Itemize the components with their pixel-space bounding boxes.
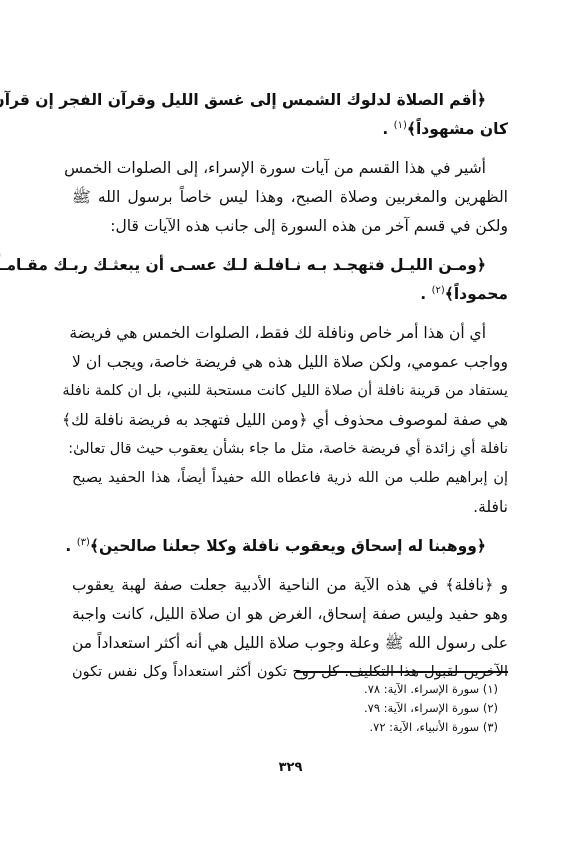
text-line: أشير في هذا القسم من آيات سورة الإسراء، …: [72, 154, 508, 183]
footnote-2: (٢) سورة الإسراء، الآية: ٧٩.: [296, 699, 508, 718]
verse-trailing: .: [65, 537, 76, 555]
text-line: أي أن هذا أمر خاص ونافلة لك فقط، الصلوات…: [72, 319, 508, 348]
text-line: هي صفة لموصوف محذوف أي ﴿ومن الليل فتهجد …: [72, 406, 508, 435]
paragraph: أشير في هذا القسم من آيات سورة الإسراء، …: [72, 154, 508, 241]
text-line: على رسول الله ﷺ وعلة وجوب صلاة الليل هي …: [72, 629, 508, 658]
text-line: نافلة.: [72, 493, 508, 522]
verse-line: ﴿ومـن الليـل فتهجـد بـه نـافلـة لـك عسـى…: [72, 251, 508, 280]
footnote-divider: [296, 671, 508, 673]
verse-line: كان مشهوداً﴾(١) .: [72, 115, 508, 144]
verse-line: ﴿أقم الصلاة لدلوك الشمس إلى غسق الليل وق…: [72, 86, 508, 115]
text-line: الظهرين والمغربين وصلاة الصبح، وهذا ليس …: [72, 183, 508, 212]
paragraph: و ﴿نافلة﴾ في هذه الآية من الناحية الأدبي…: [72, 571, 508, 687]
footnote-3: (٣) سورة الأنبياء، الآية: ٧٢.: [296, 718, 508, 737]
verse-line: محموداً﴾(٢) .: [72, 280, 508, 309]
text-line: يستفاد من قرينة نافلة أن صلاة الليل كانت…: [72, 377, 508, 406]
verse-block: ﴿ومـن الليـل فتهجـد بـه نـافلـة لـك عسـى…: [72, 251, 508, 309]
verse-line: ﴿ووهبنا له إسحاق ويعقوب نافلة وكلا جعلنا…: [72, 532, 508, 561]
text-line: نافلة أي زائدة أي فريضة خاصة، مثل ما جاء…: [72, 435, 508, 464]
verse-trailing: .: [420, 285, 431, 303]
text-line: وهو حفيد وليس صفة إسحاق، الغرض هو ان صلا…: [72, 600, 508, 629]
text-line: إن إبراهيم طلب من الله ذرية فاعطاه الله …: [72, 464, 508, 493]
verse-text: كان مشهوداً﴾: [407, 120, 508, 138]
footnote-ref[interactable]: (١): [394, 120, 407, 131]
text-line: و ﴿نافلة﴾ في هذه الآية من الناحية الأدبي…: [72, 571, 508, 600]
verse-trailing: .: [382, 120, 393, 138]
verse-block: ﴿أقم الصلاة لدلوك الشمس إلى غسق الليل وق…: [72, 86, 508, 144]
verse-text: ﴿ووهبنا له إسحاق ويعقوب نافلة وكلا جعلنا…: [90, 537, 486, 555]
text-line: ولكن في قسم آخر من هذه السورة إلى جانب ه…: [72, 212, 508, 241]
footnote-ref[interactable]: (٣): [77, 537, 90, 548]
page-number: ٣٢٩: [0, 760, 581, 775]
verse-text: محموداً﴾: [445, 285, 508, 303]
verse-block: ﴿ووهبنا له إسحاق ويعقوب نافلة وكلا جعلنا…: [72, 532, 508, 561]
footnote-1: (١) سورة الإسراء. الآية: ٧٨.: [296, 680, 508, 699]
page-body: ﴿أقم الصلاة لدلوك الشمس إلى غسق الليل وق…: [72, 86, 508, 697]
footnotes: (١) سورة الإسراء. الآية: ٧٨. (٢) سورة ال…: [296, 680, 508, 737]
footnote-ref[interactable]: (٢): [432, 285, 445, 296]
text-line: وواجب عمومي، ولكن صلاة الليل هذه هي فريض…: [72, 348, 508, 377]
paragraph: أي أن هذا أمر خاص ونافلة لك فقط، الصلوات…: [72, 319, 508, 522]
